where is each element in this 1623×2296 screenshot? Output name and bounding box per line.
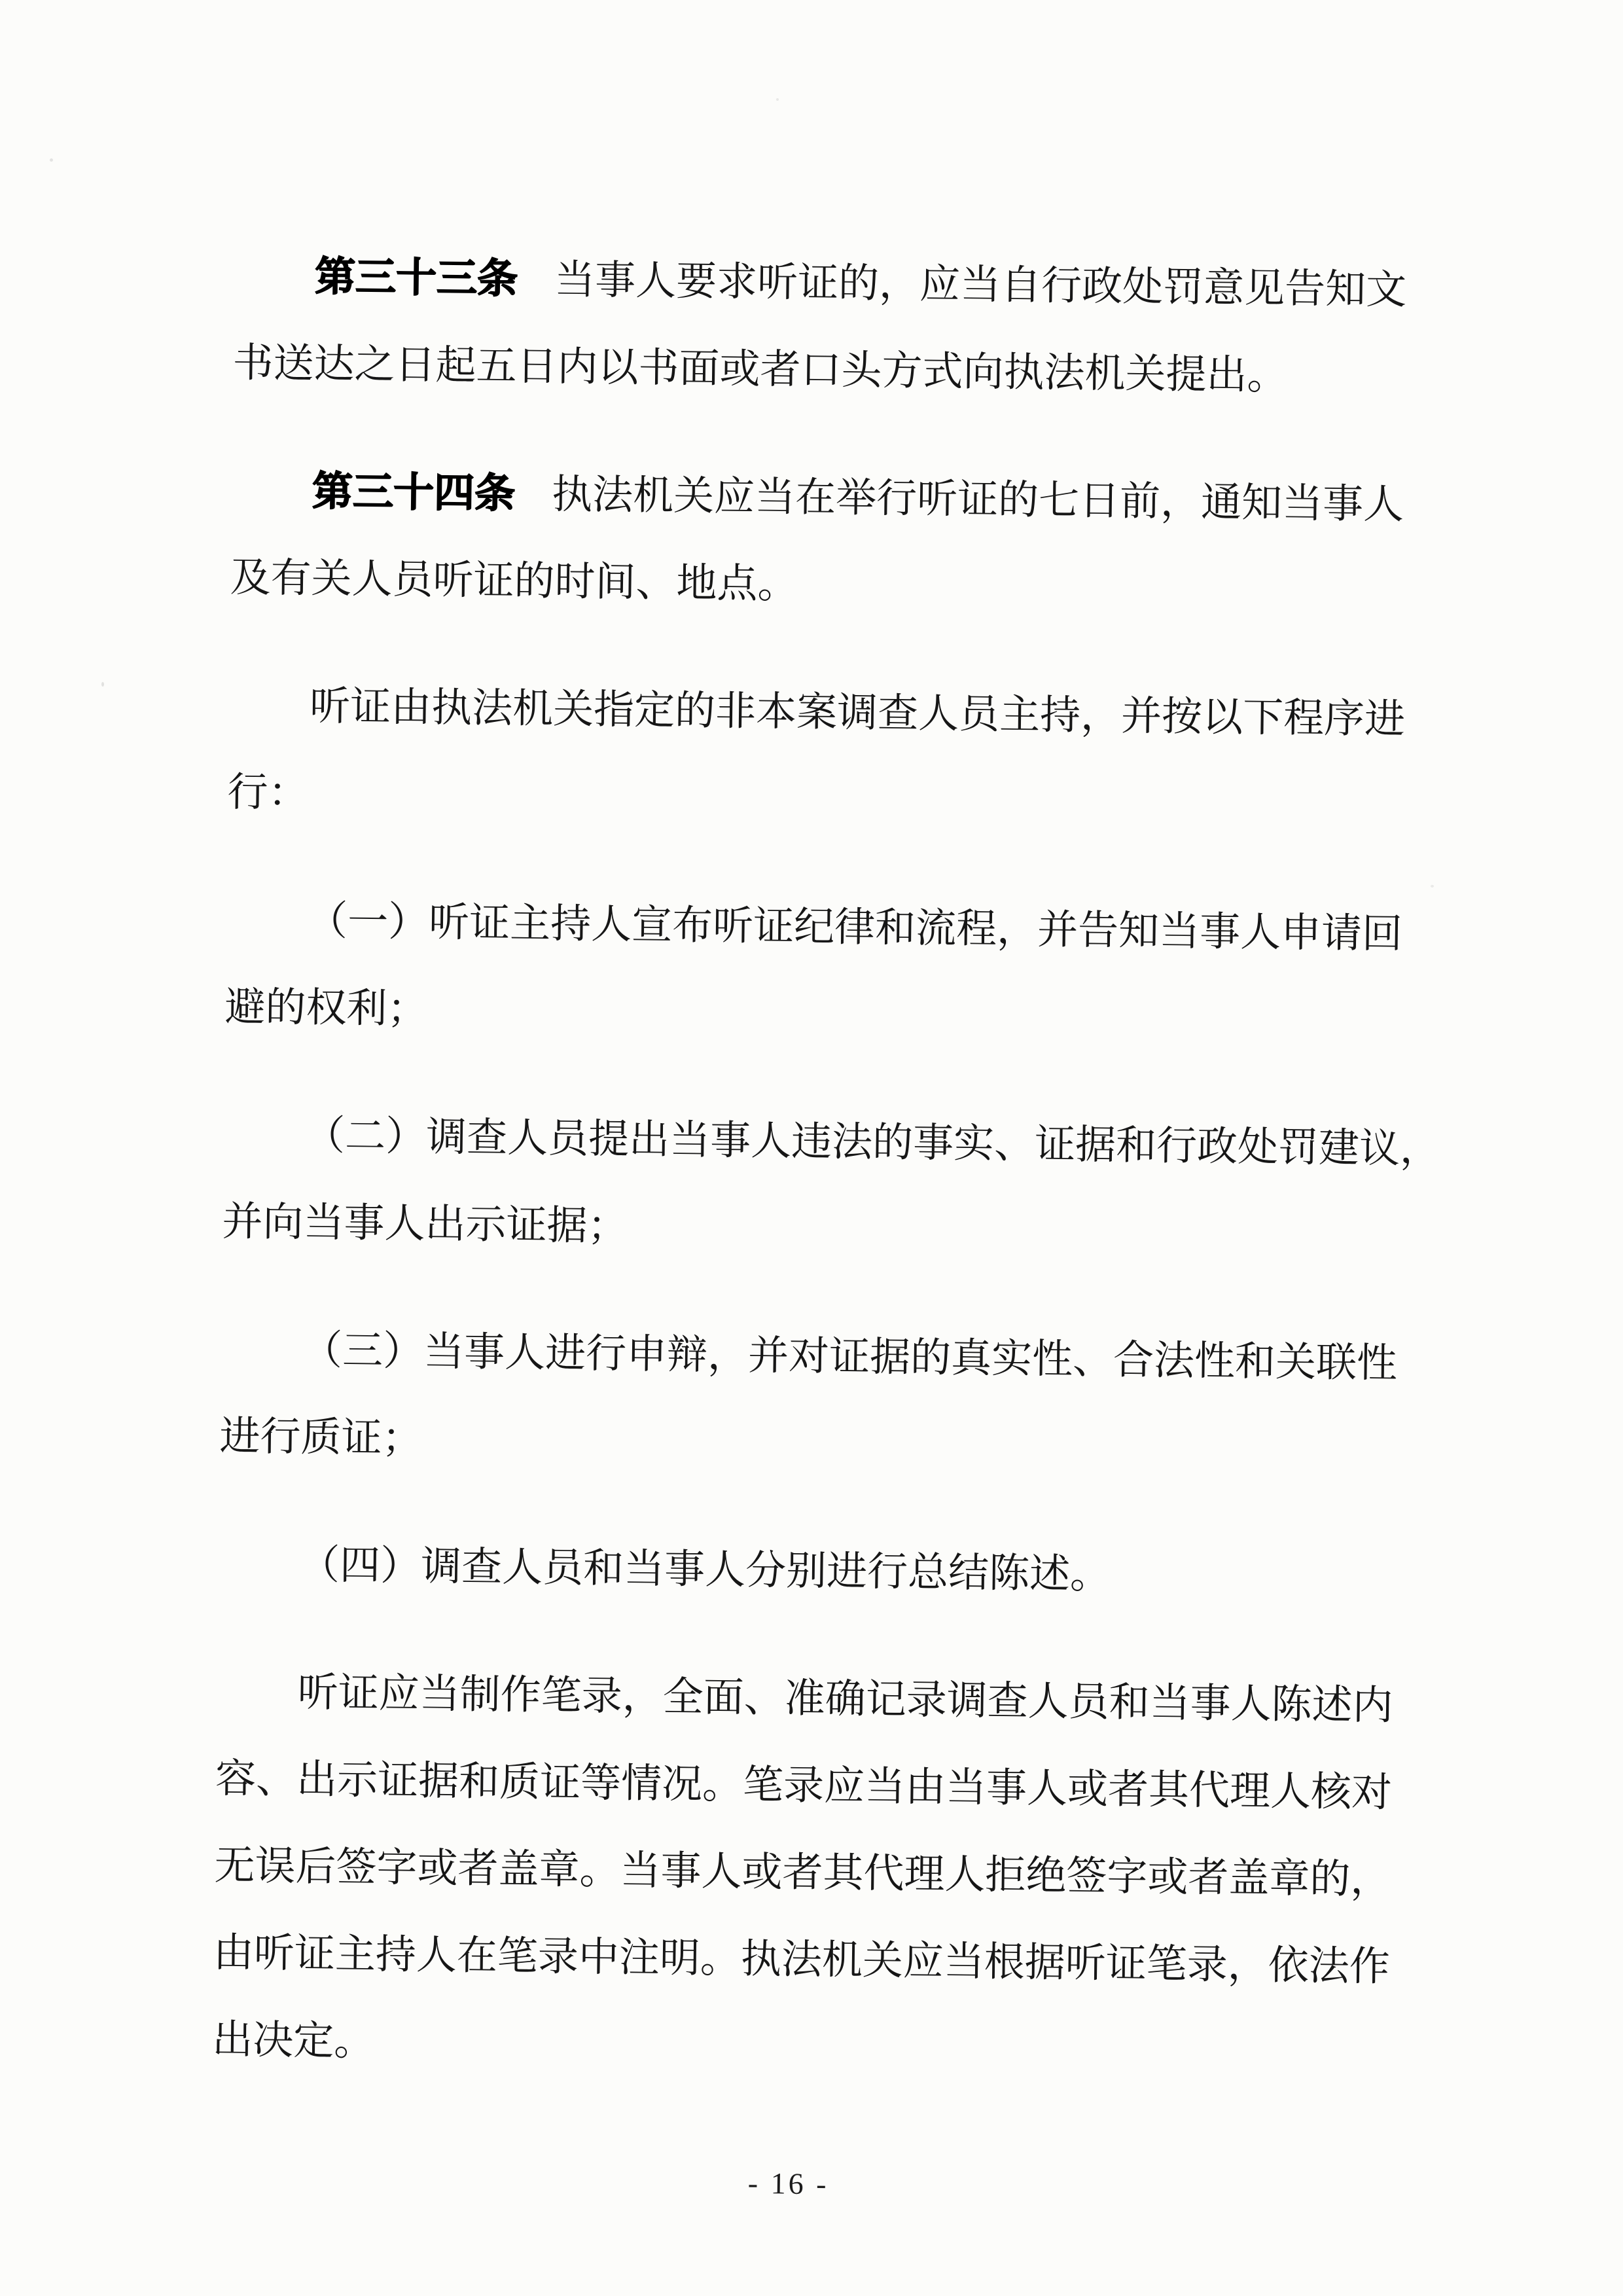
paragraph: （四）调查人员和当事人分别进行总结陈述。 — [217, 1521, 1404, 1623]
scan-speck — [50, 158, 53, 162]
text-line: 第三十三条当事人要求听证的，应当自行政处罚意见告知文 — [233, 233, 1419, 334]
text-line: 听证应当制作笔录，全面、准确记录调查人员和当事人陈述内 — [216, 1649, 1402, 1750]
article-number: 第三十四条 — [312, 469, 516, 516]
scan-speck — [1431, 885, 1434, 888]
document-body: 第三十三条当事人要求听证的，应当自行政处罚意见告知文书送达之日起五日内以书面或者… — [210, 233, 1420, 2211]
line-text: （三）当事人进行申辩，并对证据的真实性、合法性和关联性 — [302, 1328, 1398, 1386]
text-line: 容、出示证据和质证等情况。笔录应当由当事人或者其代理人核对 — [215, 1736, 1401, 1837]
text-line: 进行质证； — [219, 1393, 1406, 1495]
text-line: （四）调查人员和当事人分别进行总结陈述。 — [217, 1521, 1404, 1623]
line-text: 及有关人员听证的时间、地点。 — [230, 556, 798, 607]
line-text: 容、出示证据和质证等情况。笔录应当由当事人或者其代理人核对 — [215, 1757, 1393, 1816]
line-text: 并向当事人出示证据； — [222, 1200, 628, 1249]
article-number: 第三十三条 — [315, 255, 518, 302]
line-text: 进行质证； — [219, 1414, 423, 1462]
text-line: 书送达之日起五日内以书面或者口头方式向执法机关提出。 — [232, 320, 1419, 422]
line-text: （四）调查人员和当事人分别进行总结陈述。 — [299, 1543, 1111, 1597]
line-text: 避的权利； — [224, 985, 428, 1032]
line-text: （二）调查人员提出当事人违法的事实、证据和行政处罚建议， — [304, 1113, 1441, 1172]
text-line: 及有关人员听证的时间、地点。 — [230, 535, 1416, 636]
text-line: 听证由执法机关指定的非本案调查人员主持，并按以下程序进 — [228, 662, 1414, 764]
paragraph: （三）当事人进行申辩，并对证据的真实性、合法性和关联性进行质证； — [219, 1306, 1407, 1495]
paragraph: 听证应当制作笔录，全面、准确记录调查人员和当事人陈述内容、出示证据和质证等情况。… — [211, 1649, 1402, 2098]
text-line: （二）调查人员提出当事人违法的事实、证据和行政处罚建议， — [223, 1092, 1409, 1193]
paragraph: 听证由执法机关指定的非本案调查人员主持，并按以下程序进行： — [227, 662, 1415, 851]
line-text: 听证由执法机关指定的非本案调查人员主持，并按以下程序进 — [310, 684, 1406, 742]
paragraph: （一）听证主持人宣布听证纪律和流程，并告知当事人申请回避的权利； — [224, 877, 1412, 1066]
page-number: - 16 - — [210, 2157, 1366, 2211]
text-line: （三）当事人进行申辩，并对证据的真实性、合法性和关联性 — [220, 1306, 1406, 1408]
text-line: （一）听证主持人宣布听证纪律和流程，并告知当事人申请回 — [225, 877, 1412, 978]
text-line: 第三十四条执法机关应当在举行听证的七日前，通知当事人 — [230, 448, 1417, 549]
line-text: 书送达之日起五日内以书面或者口头方式向执法机关提出。 — [232, 341, 1288, 399]
paragraph: 第三十四条执法机关应当在举行听证的七日前，通知当事人及有关人员听证的时间、地点。 — [230, 448, 1418, 636]
paragraph: （二）调查人员提出当事人违法的事实、证据和行政处罚建议，并向当事人出示证据； — [222, 1092, 1410, 1280]
document-page: 第三十三条当事人要求听证的，应当自行政处罚意见告知文书送达之日起五日内以书面或者… — [0, 0, 1623, 2296]
line-text: 由听证主持人在笔录中注明。执法机关应当根据听证笔录，依法作 — [213, 1931, 1390, 1990]
text-line: 出决定。 — [211, 1997, 1398, 2098]
paragraph: 第三十三条当事人要求听证的，应当自行政处罚意见告知文书送达之日起五日内以书面或者… — [232, 233, 1420, 422]
text-line: 并向当事人出示证据； — [222, 1179, 1408, 1280]
line-text: （一）听证主持人宣布听证纪律和流程，并告知当事人申请回 — [307, 899, 1403, 956]
line-text: 行： — [227, 770, 309, 816]
line-text: 无误后签字或者盖章。当事人或者其代理人拒绝签字或者盖章的， — [214, 1844, 1391, 1903]
line-text: 出决定。 — [212, 2018, 375, 2064]
line-text: 执法机关应当在举行听证的七日前，通知当事人 — [552, 473, 1404, 528]
line-text: 当事人要求听证的，应当自行政处罚意见告知文 — [554, 258, 1407, 313]
line-text: 听证应当制作笔录，全面、准确记录调查人员和当事人陈述内 — [297, 1670, 1393, 1728]
text-line: 避的权利； — [224, 964, 1411, 1066]
text-line: 无误后签字或者盖章。当事人或者其代理人拒绝签字或者盖章的， — [214, 1823, 1400, 1924]
text-line: 由听证主持人在笔录中注明。执法机关应当根据听证笔录，依法作 — [213, 1910, 1399, 2011]
text-line: 行： — [227, 749, 1414, 851]
scan-speck — [776, 98, 779, 101]
scan-speck — [101, 682, 104, 687]
